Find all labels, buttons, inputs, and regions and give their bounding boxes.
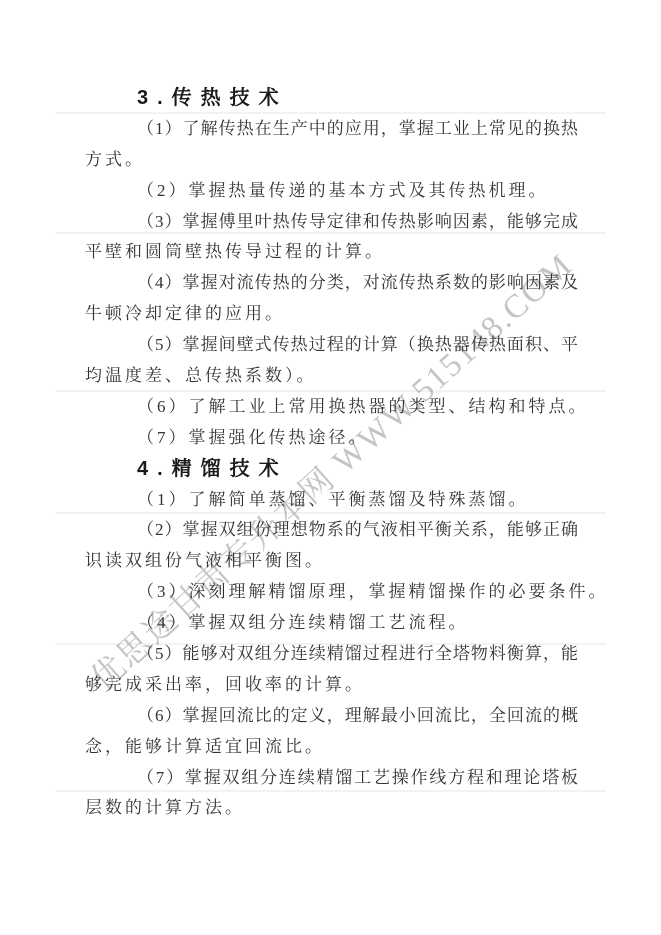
text-line: 方式。 — [85, 145, 578, 176]
text-line: 层数的计算方法。 — [85, 793, 578, 824]
document-content: 3.传热技术（1）了解传热在生产中的应用，掌握工业上常见的换热方式。（2）掌握热… — [85, 83, 578, 824]
text-line: （5）能够对双组分连续精馏过程进行全塔物料衡算，能 — [85, 639, 578, 670]
text-line: （7）掌握强化传热途径。 — [85, 423, 578, 454]
text-line: 牛顿冷却定律的应用。 — [85, 299, 578, 330]
text-line: 平壁和圆筒壁热传导过程的计算。 — [85, 237, 578, 268]
text-line: （4）掌握双组分连续精馏工艺流程。 — [85, 608, 578, 639]
section-heading: 4.精馏技术 — [85, 454, 578, 485]
text-line: （6）掌握回流比的定义，理解最小回流比，全回流的概 — [85, 701, 578, 732]
text-line: 够完成采出率，回收率的计算。 — [85, 670, 578, 701]
text-line: （1）了解简单蒸馏、平衡蒸馏及特殊蒸馏。 — [85, 485, 578, 516]
text-line: （2）掌握热量传递的基本方式及其传热机理。 — [85, 176, 578, 207]
section-heading: 3.传热技术 — [85, 83, 578, 114]
text-line: （3）掌握傅里叶热传导定律和传热影响因素，能够完成 — [85, 207, 578, 238]
text-line: （4）掌握对流传热的分类，对流传热系数的影响因素及 — [85, 268, 578, 299]
text-line: （3）深刻理解精馏原理，掌握精馏操作的必要条件。 — [85, 577, 578, 608]
text-line: 识读双组份气液相平衡图。 — [85, 546, 578, 577]
text-line: （7）掌握双组分连续精馏工艺操作线方程和理论塔板 — [85, 763, 578, 794]
text-line: （5）掌握间壁式传热过程的计算（换热器传热面积、平 — [85, 330, 578, 361]
text-line: 均温度差、总传热系数）。 — [85, 361, 578, 392]
text-line: （1）了解传热在生产中的应用，掌握工业上常见的换热 — [85, 114, 578, 145]
text-line: （2）掌握双组份理想物系的气液相平衡关系，能够正确 — [85, 515, 578, 546]
document-page: 优思途甘肃专升本网 WWW.515148.COM 3.传热技术（1）了解传热在生… — [0, 0, 661, 935]
text-line: （6）了解工业上常用换热器的类型、结构和特点。 — [85, 392, 578, 423]
text-line: 念，能够计算适宜回流比。 — [85, 732, 578, 763]
